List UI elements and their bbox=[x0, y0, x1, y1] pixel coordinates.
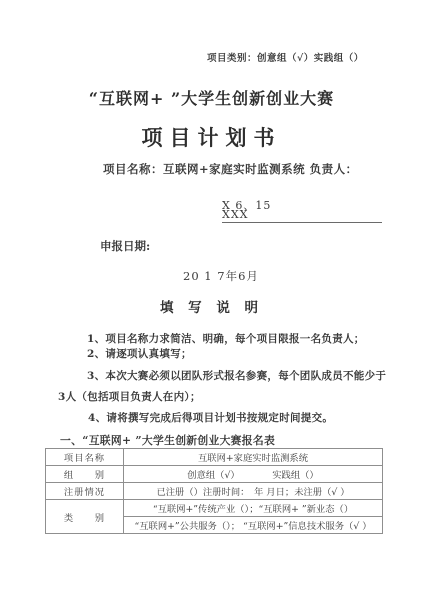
instruction-item-1: 1、项目名称力求简洁、明确，每个项目限报一名负责人； bbox=[87, 331, 365, 346]
cell-label-project-name: 项目名称 bbox=[46, 449, 124, 466]
instruction-item-2: 2、请逐项认真填写； bbox=[87, 346, 192, 361]
application-date-value: 20 1 7年6月 bbox=[183, 268, 259, 284]
cell-value-category-2: “互联网+”公共服务（）； “互联网+”信息技术服务（√ ） bbox=[124, 517, 383, 534]
fill-instructions-heading: 填 写 说 明 bbox=[0, 296, 423, 316]
application-date-label: 申报日期: bbox=[100, 238, 150, 254]
cell-value-group: 创意组（√） 实践组（） bbox=[124, 466, 383, 483]
instruction-item-3: 3、本次大赛必须以团队形式报名参赛，每个团队成员不能少于 bbox=[87, 368, 386, 383]
table-row-group: 组 别 创意组（√） 实践组（） bbox=[46, 466, 383, 483]
cell-value-registration-status: 已注册（）注册时间： 年 月日；未注册（√ ） bbox=[124, 483, 383, 500]
cell-value-project-name: 互联网+家庭实时监测系统 bbox=[124, 449, 383, 466]
document-title: 项目计划书 bbox=[0, 122, 423, 152]
cell-label-registration-status: 注册情况 bbox=[46, 483, 124, 500]
cell-value-category-1: “互联网+”传统产业（）；“互联网+ ”新业态（） bbox=[124, 500, 383, 517]
project-name-line: 项目名称：互联网+家庭实时监测系统 负责人： bbox=[103, 161, 358, 177]
table-row-category-1: 类 别 “互联网+”传统产业（）；“互联网+ ”新业态（） bbox=[46, 500, 383, 517]
registration-table: 项目名称 互联网+家庭实时监测系统 组 别 创意组（√） 实践组（） 注册情况 … bbox=[45, 448, 383, 534]
instruction-item-4: 4、请将撰写完成后得项目计划书按规定时间提交。 bbox=[88, 410, 333, 425]
document-page: 项目类别：创意组（√）实践组（） “互联网+ ”大学生创新创业大赛 项目计划书 … bbox=[0, 0, 423, 600]
cell-label-group: 组 别 bbox=[46, 466, 124, 483]
instruction-item-3-continued: 3人（包括项目负责人在内）； bbox=[58, 389, 201, 404]
cell-label-category: 类 别 bbox=[46, 500, 124, 534]
table-row-registration-status: 注册情况 已注册（）注册时间： 年 月日；未注册（√ ） bbox=[46, 483, 383, 500]
competition-title: “互联网+ ”大学生创新创业大赛 bbox=[0, 86, 423, 109]
leader-name-underline: XXX bbox=[222, 208, 382, 223]
registration-form-section-title: 一、“互联网+ ”大学生创新创业大赛报名表 bbox=[60, 433, 275, 448]
project-category-line: 项目类别：创意组（√）实践组（） bbox=[207, 50, 364, 64]
table-row-project-name: 项目名称 互联网+家庭实时监测系统 bbox=[46, 449, 383, 466]
